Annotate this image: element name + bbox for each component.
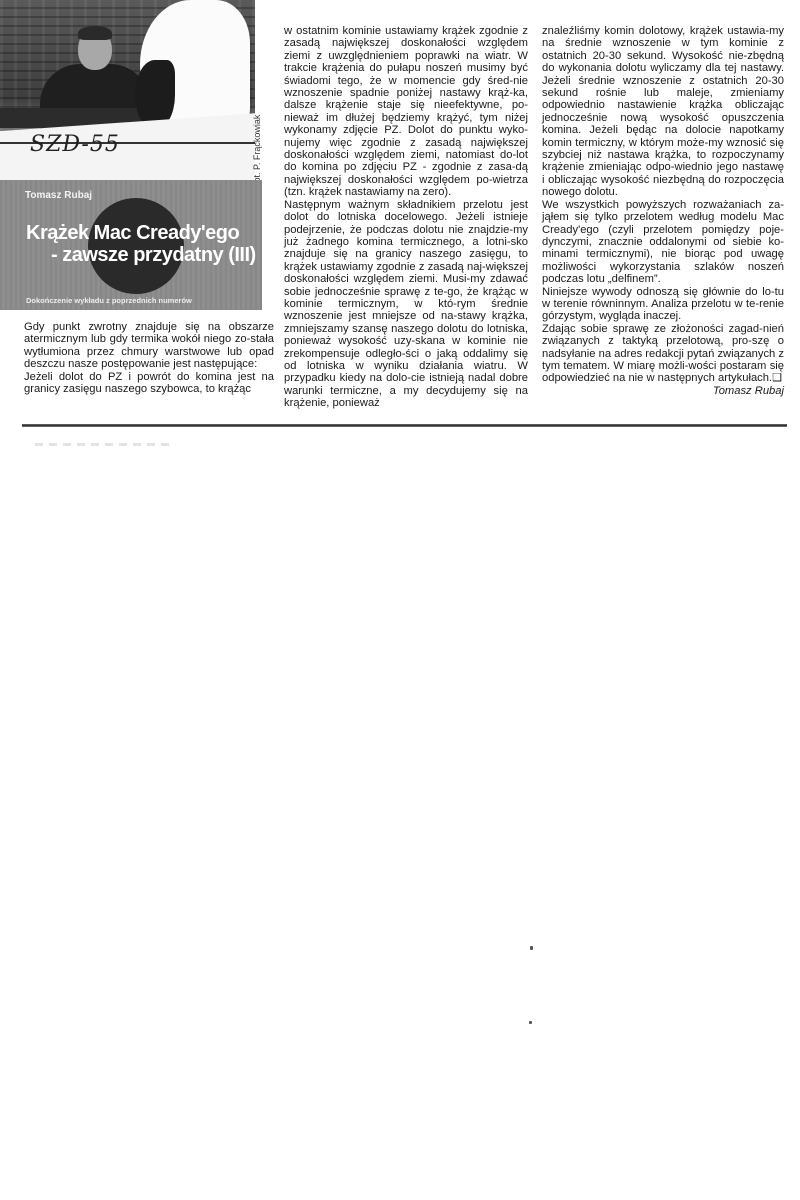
scan-speck: [530, 946, 533, 950]
pilot-hair: [78, 26, 112, 40]
paragraph: Zdając sobie sprawę ze złożoności zagad-…: [542, 323, 784, 385]
paragraph: znaleźliśmy komin dolotowy, krążek ustaw…: [542, 25, 784, 199]
glider-registration: SZD-55: [30, 132, 120, 157]
article-photo-glider-pilot: SZD-55: [0, 0, 255, 180]
paragraph: Jeżeli dolot do PZ i powrót do komina je…: [24, 371, 274, 396]
photo-credit: fot. P. Frąckowiak: [252, 115, 262, 185]
paragraph: We wszystkich powyższych rozważaniach za…: [542, 199, 784, 286]
paragraph: Niniejsze wywody odnoszą się głównie do …: [542, 286, 784, 323]
article-signature: Tomasz Rubaj: [542, 385, 784, 397]
article-author: Tomasz Rubaj: [25, 190, 92, 201]
article-subtitle: Dokończenie wykładu z poprzednich numeró…: [26, 296, 192, 305]
headline-line-2: - zawsze przydatny (III): [26, 244, 256, 266]
scan-speck: [529, 1021, 532, 1024]
paragraph: Gdy punkt zwrotny znajduje się na obszar…: [24, 321, 274, 371]
scan-artifact: [35, 443, 175, 446]
paragraph: Następnym ważnym składnikiem przelotu je…: [284, 199, 528, 410]
headline-line-1: Krążek Mac Cready'ego: [26, 222, 239, 244]
section-divider-rule: [22, 424, 787, 427]
article-headline: Krążek Mac Cready'ego - zawsze przydatny…: [26, 222, 256, 266]
article-column-1: Gdy punkt zwrotny znajduje się na obszar…: [24, 321, 274, 395]
article-title-box: Tomasz Rubaj Krążek Mac Cready'ego - zaw…: [0, 180, 262, 310]
paragraph: w ostatnim kominie ustawiamy krążek zgod…: [284, 25, 528, 199]
article-column-2: w ostatnim kominie ustawiamy krążek zgod…: [284, 25, 528, 410]
article-column-3: znaleźliśmy komin dolotowy, krążek ustaw…: [542, 25, 784, 397]
